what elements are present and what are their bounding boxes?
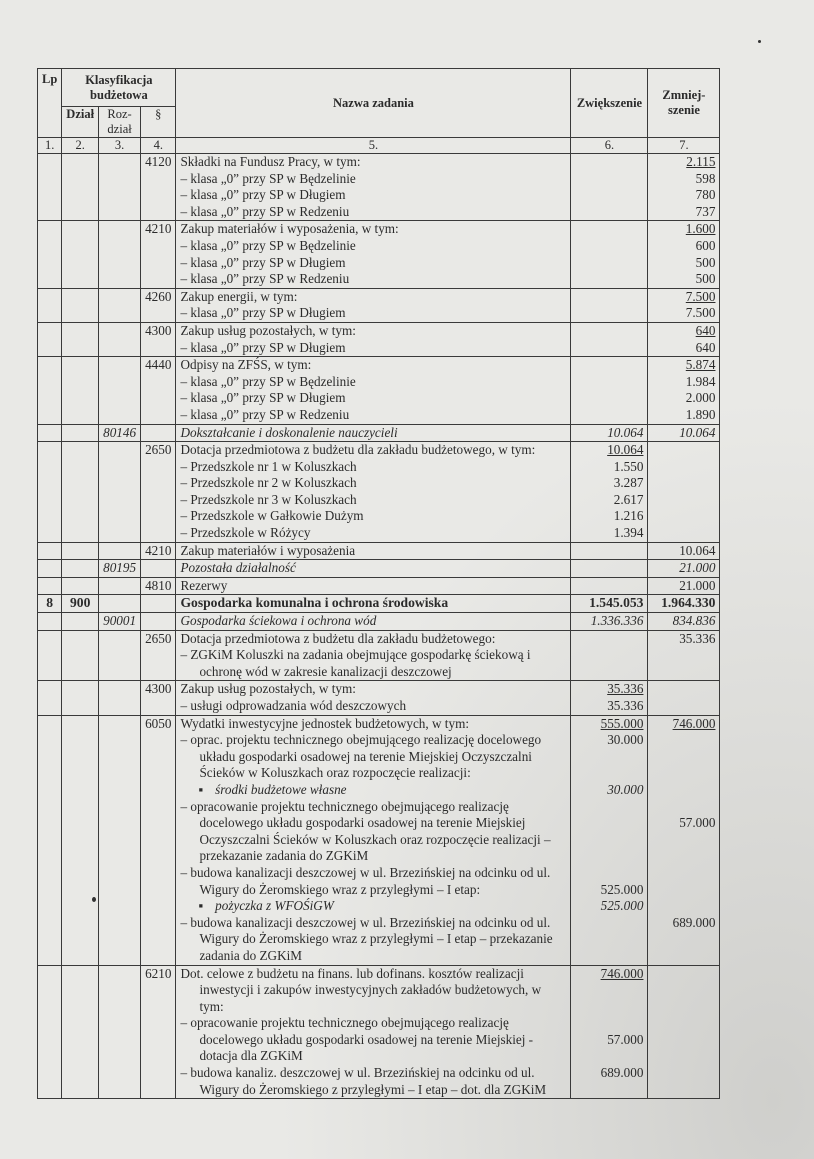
task-line: Dotacja przedmiotowa z budżetu dla zakła… <box>180 631 566 648</box>
table-row: 8900Gospodarka komunalna i ochrona środo… <box>38 595 720 613</box>
col-number: 6. <box>571 138 648 154</box>
header-classification: Klasyfikacja budżetowa <box>62 69 176 107</box>
amount-value: 1.550 <box>575 459 643 476</box>
cell-dzial <box>62 357 99 424</box>
cell-decrease <box>648 681 720 715</box>
col-number: 4. <box>141 138 176 154</box>
cell-task-name: Gospodarka komunalna i ochrona środowisk… <box>176 595 571 613</box>
task-line: – klasa „0” przy SP w Będzelinie <box>180 238 566 255</box>
cell-dzial <box>62 288 99 322</box>
cell-lp <box>38 681 62 715</box>
cell-paragraf <box>141 560 176 578</box>
cell-decrease: 35.336 <box>648 630 720 681</box>
task-line: Gospodarka komunalna i ochrona środowisk… <box>180 595 566 612</box>
task-line: – klasa „0” przy SP w Redzeniu <box>180 407 566 424</box>
cell-rozdzial: 80195 <box>99 560 141 578</box>
amount-spacer <box>575 749 643 766</box>
cell-dzial <box>62 221 99 288</box>
task-line: – usługi odprowadzania wód deszczowych <box>180 698 566 715</box>
amount-value: 1.984 <box>652 374 715 391</box>
task-line: Zakup energii, w tym: <box>180 289 566 306</box>
cell-increase: 1.336.336 <box>571 613 648 631</box>
amount-value: 30.000 <box>575 732 643 749</box>
amount-value: 2.115 <box>652 154 715 171</box>
cell-rozdzial <box>99 322 141 356</box>
amount-spacer <box>575 865 643 882</box>
cell-rozdzial <box>99 288 141 322</box>
task-line: Odpisy na ZFŚS, w tym: <box>180 357 566 374</box>
task-line: – Przedszkole nr 1 w Koluszkach <box>180 459 566 476</box>
cell-task-name: Zakup materiałów i wyposażenia <box>176 542 571 560</box>
cell-lp <box>38 442 62 543</box>
amount-value: 500 <box>652 271 715 288</box>
task-line: – oprac. projektu technicznego obejmując… <box>180 732 566 782</box>
cell-dzial <box>62 965 99 1099</box>
table-row: 4300Zakup usług pozostałych, w tym:– kla… <box>38 322 720 356</box>
table-row: 6210Dot. celowe z budżetu na finans. lub… <box>38 965 720 1099</box>
amount-spacer <box>575 832 643 849</box>
amount-spacer <box>652 732 715 749</box>
amount-value: 10.064 <box>652 425 715 442</box>
cell-paragraf: 4210 <box>141 542 176 560</box>
amount-spacer <box>575 1015 643 1032</box>
col-number: 1. <box>38 138 62 154</box>
cell-task-name: Dot. celowe z budżetu na finans. lub dof… <box>176 965 571 1099</box>
cell-lp <box>38 965 62 1099</box>
header-dzial: Dział <box>62 107 99 138</box>
task-line: Zakup usług pozostałych, w tym: <box>180 681 566 698</box>
table-row: 90001Gospodarka ściekowa i ochrona wód1.… <box>38 613 720 631</box>
cell-lp <box>38 613 62 631</box>
cell-decrease: 5.8741.9842.0001.890 <box>648 357 720 424</box>
cell-task-name: Zakup usług pozostałych, w tym:– usługi … <box>176 681 571 715</box>
amount-value: 525.000 <box>575 898 643 915</box>
task-line: – klasa „0” przy SP w Redzeniu <box>180 271 566 288</box>
task-line: – klasa „0” przy SP w Redzeniu <box>180 204 566 221</box>
amount-spacer <box>652 832 715 849</box>
cell-lp <box>38 357 62 424</box>
amount-value: 500 <box>652 255 715 272</box>
table-row: 6050Wydatki inwestycyjne jednostek budże… <box>38 715 720 965</box>
task-line: Rezerwy <box>180 578 566 595</box>
cell-paragraf: 4440 <box>141 357 176 424</box>
header-decrease: Zmniej-szenie <box>648 69 720 138</box>
cell-decrease: 640640 <box>648 322 720 356</box>
cell-lp <box>38 715 62 965</box>
task-line: Wydatki inwestycyjne jednostek budżetowy… <box>180 716 566 733</box>
task-line: – klasa „0” przy SP w Będzelinie <box>180 171 566 188</box>
table-row: 4810Rezerwy21.000 <box>38 577 720 595</box>
amount-spacer <box>575 799 643 816</box>
amount-value: 737 <box>652 204 715 221</box>
cell-rozdzial <box>99 442 141 543</box>
amount-spacer <box>575 982 643 999</box>
cell-increase <box>571 221 648 288</box>
cell-task-name: Dotacja przedmiotowa z budżetu dla zakła… <box>176 442 571 543</box>
amount-value: 1.964.330 <box>652 595 715 612</box>
cell-task-name: Zakup energii, w tym:– klasa „0” przy SP… <box>176 288 571 322</box>
cell-paragraf: 6050 <box>141 715 176 965</box>
column-number-row: 1. 2. 3. 4. 5. 6. 7. <box>38 138 720 154</box>
amount-spacer <box>575 999 643 1016</box>
cell-dzial <box>62 715 99 965</box>
amount-spacer <box>652 865 715 882</box>
task-line: – ZGKiM Koluszki na zadania obejmujące g… <box>180 647 566 680</box>
cell-rozdzial <box>99 221 141 288</box>
task-line: Dot. celowe z budżetu na finans. lub dof… <box>180 966 566 1016</box>
cell-paragraf: 4260 <box>141 288 176 322</box>
cell-increase <box>571 577 648 595</box>
amount-spacer <box>652 765 715 782</box>
cell-increase: 1.545.053 <box>571 595 648 613</box>
amount-value: 1.600 <box>652 221 715 238</box>
task-line: Zakup materiałów i wyposażenia, w tym: <box>180 221 566 238</box>
cell-paragraf <box>141 613 176 631</box>
task-line: – klasa „0” przy SP w Będzelinie <box>180 374 566 391</box>
amount-value: 746.000 <box>575 966 643 983</box>
cell-rozdzial <box>99 577 141 595</box>
cell-lp <box>38 424 62 442</box>
amount-value: 1.336.336 <box>575 613 643 630</box>
cell-increase: 746.00057.000689.000 <box>571 965 648 1099</box>
amount-value: 525.000 <box>575 882 643 899</box>
cell-paragraf: 4120 <box>141 154 176 221</box>
amount-spacer <box>652 799 715 816</box>
cell-increase <box>571 560 648 578</box>
cell-paragraf: 2650 <box>141 442 176 543</box>
cell-rozdzial: 80146 <box>99 424 141 442</box>
table-row: 2650Dotacja przedmiotowa z budżetu dla z… <box>38 442 720 543</box>
cell-task-name: Składki na Fundusz Pracy, w tym:– klasa … <box>176 154 571 221</box>
cell-decrease: 7.5007.500 <box>648 288 720 322</box>
cell-dzial <box>62 560 99 578</box>
task-line: – budowa kanalizacji deszczowej w ul. Br… <box>180 865 566 898</box>
amount-value: 640 <box>652 323 715 340</box>
amount-value: 5.874 <box>652 357 715 374</box>
header-lp: Lp <box>38 69 62 138</box>
cell-paragraf <box>141 424 176 442</box>
table-row: 4440Odpisy na ZFŚS, w tym:– klasa „0” pr… <box>38 357 720 424</box>
col-number: 2. <box>62 138 99 154</box>
cell-decrease: 1.600600500500 <box>648 221 720 288</box>
amount-value: 10.064 <box>652 543 715 560</box>
table-row: 4210Zakup materiałów i wyposażenia10.064 <box>38 542 720 560</box>
cell-increase <box>571 357 648 424</box>
cell-task-name: Rezerwy <box>176 577 571 595</box>
cell-paragraf: 2650 <box>141 630 176 681</box>
cell-dzial <box>62 442 99 543</box>
amount-value: 598 <box>652 171 715 188</box>
amount-value: 1.545.053 <box>575 595 643 612</box>
task-line: – Przedszkole nr 3 w Koluszkach <box>180 492 566 509</box>
amount-spacer <box>652 898 715 915</box>
cell-lp <box>38 577 62 595</box>
header-paragraf: § <box>141 107 176 138</box>
amount-spacer <box>575 815 643 832</box>
amount-spacer <box>575 765 643 782</box>
budget-table: Lp Klasyfikacja budżetowa Nazwa zadania … <box>37 68 720 1099</box>
cell-paragraf: 4300 <box>141 681 176 715</box>
cell-lp <box>38 630 62 681</box>
amount-value: 689.000 <box>652 915 715 932</box>
amount-value: 7.500 <box>652 305 715 322</box>
cell-dzial <box>62 681 99 715</box>
amount-value: 689.000 <box>575 1065 643 1082</box>
amount-spacer <box>652 882 715 899</box>
cell-rozdzial <box>99 595 141 613</box>
task-line: – klasa „0” przy SP w Długiem <box>180 340 566 357</box>
cell-decrease: 21.000 <box>648 577 720 595</box>
col-number: 3. <box>99 138 141 154</box>
amount-value: 746.000 <box>652 716 715 733</box>
cell-dzial <box>62 424 99 442</box>
cell-lp <box>38 542 62 560</box>
amount-spacer <box>652 782 715 799</box>
amount-value: 30.000 <box>575 782 643 799</box>
task-line: – Przedszkole w Gałkowie Dużym <box>180 508 566 525</box>
cell-decrease: 746.00057.000689.000 <box>648 715 720 965</box>
header-increase: Zwiększenie <box>571 69 648 138</box>
task-line: – budowa kanalizacji deszczowej w ul. Br… <box>180 915 566 965</box>
col-number: 7. <box>648 138 720 154</box>
task-line: – klasa „0” przy SP w Długiem <box>180 390 566 407</box>
amount-spacer <box>652 848 715 865</box>
cell-lp <box>38 221 62 288</box>
cell-lp <box>38 322 62 356</box>
cell-task-name: Gospodarka ściekowa i ochrona wód <box>176 613 571 631</box>
cell-task-name: Odpisy na ZFŚS, w tym:– klasa „0” przy S… <box>176 357 571 424</box>
amount-value: 3.287 <box>575 475 643 492</box>
cell-increase: 10.064 <box>571 424 648 442</box>
cell-task-name: Wydatki inwestycyjne jednostek budżetowy… <box>176 715 571 965</box>
amount-value: 57.000 <box>652 815 715 832</box>
amount-value: 10.064 <box>575 425 643 442</box>
task-line: Gospodarka ściekowa i ochrona wód <box>180 613 566 630</box>
table-row: 4260Zakup energii, w tym:– klasa „0” prz… <box>38 288 720 322</box>
task-line: – Przedszkole w Różycy <box>180 525 566 542</box>
table-row: 80146Dokształcanie i doskonalenie nauczy… <box>38 424 720 442</box>
list-bullet-item: pożyczka z WFOŚiGW <box>180 898 566 915</box>
cell-task-name: Zakup materiałów i wyposażenia, w tym:– … <box>176 221 571 288</box>
cell-lp: 8 <box>38 595 62 613</box>
table-row: 4210Zakup materiałów i wyposażenia, w ty… <box>38 221 720 288</box>
task-line: Pozostała działalność <box>180 560 566 577</box>
amount-value: 21.000 <box>652 560 715 577</box>
task-line: Dokształcanie i doskonalenie nauczycieli <box>180 425 566 442</box>
cell-rozdzial <box>99 681 141 715</box>
cell-increase <box>571 542 648 560</box>
cell-decrease: 21.000 <box>648 560 720 578</box>
task-line: – klasa „0” przy SP w Długiem <box>180 255 566 272</box>
cell-dzial <box>62 630 99 681</box>
table-header: Lp Klasyfikacja budżetowa Nazwa zadania … <box>38 69 720 154</box>
amount-spacer <box>575 848 643 865</box>
cell-decrease: 10.064 <box>648 542 720 560</box>
cell-decrease: 2.115598780737 <box>648 154 720 221</box>
task-line: Zakup usług pozostałych, w tym: <box>180 323 566 340</box>
task-line: – opracowanie projektu technicznego obej… <box>180 1015 566 1065</box>
amount-value: 1.890 <box>652 407 715 424</box>
table-body: 4120Składki na Fundusz Pracy, w tym:– kl… <box>38 154 720 1099</box>
col-number: 5. <box>176 138 571 154</box>
task-line: – klasa „0” przy SP w Długiem <box>180 305 566 322</box>
cell-task-name: Pozostała działalność <box>176 560 571 578</box>
task-line: Zakup materiałów i wyposażenia <box>180 543 566 560</box>
task-line: Składki na Fundusz Pracy, w tym: <box>180 154 566 171</box>
amount-spacer <box>652 749 715 766</box>
amount-spacer <box>575 1048 643 1065</box>
cell-task-name: Dotacja przedmiotowa z budżetu dla zakła… <box>176 630 571 681</box>
cell-increase <box>571 288 648 322</box>
task-line: Dotacja przedmiotowa z budżetu dla zakła… <box>180 442 566 459</box>
cell-rozdzial: 90001 <box>99 613 141 631</box>
cell-decrease <box>648 965 720 1099</box>
cell-increase <box>571 154 648 221</box>
cell-decrease: 10.064 <box>648 424 720 442</box>
cell-lp <box>38 560 62 578</box>
scan-speck <box>758 40 761 43</box>
task-line: – Przedszkole nr 2 w Koluszkach <box>180 475 566 492</box>
amount-value: 780 <box>652 187 715 204</box>
table-row: 2650Dotacja przedmiotowa z budżetu dla z… <box>38 630 720 681</box>
cell-increase: 10.0641.5503.2872.6171.2161.394 <box>571 442 648 543</box>
cell-paragraf: 6210 <box>141 965 176 1099</box>
cell-rozdzial <box>99 965 141 1099</box>
amount-value: 21.000 <box>652 578 715 595</box>
amount-value: 834.836 <box>652 613 715 630</box>
cell-decrease: 834.836 <box>648 613 720 631</box>
amount-value: 10.064 <box>575 442 643 459</box>
amount-value: 640 <box>652 340 715 357</box>
cell-dzial: 900 <box>62 595 99 613</box>
cell-paragraf: 4300 <box>141 322 176 356</box>
cell-rozdzial <box>99 154 141 221</box>
task-line: – budowa kanaliz. deszczowej w ul. Brzez… <box>180 1065 566 1098</box>
cell-dzial <box>62 577 99 595</box>
task-line: – opracowanie projektu technicznego obej… <box>180 799 566 865</box>
table-row: 4300Zakup usług pozostałych, w tym:– usł… <box>38 681 720 715</box>
cell-dzial <box>62 322 99 356</box>
cell-increase <box>571 630 648 681</box>
cell-task-name: Dokształcanie i doskonalenie nauczycieli <box>176 424 571 442</box>
amount-value: 35.336 <box>652 631 715 648</box>
cell-rozdzial <box>99 715 141 965</box>
table-row: 4120Składki na Fundusz Pracy, w tym:– kl… <box>38 154 720 221</box>
cell-rozdzial <box>99 357 141 424</box>
amount-value: 1.394 <box>575 525 643 542</box>
cell-rozdzial <box>99 630 141 681</box>
cell-decrease <box>648 442 720 543</box>
cell-paragraf <box>141 595 176 613</box>
cell-dzial <box>62 542 99 560</box>
amount-value: 7.500 <box>652 289 715 306</box>
header-rozdzial: Roz-dział <box>99 107 141 138</box>
cell-paragraf: 4810 <box>141 577 176 595</box>
cell-task-name: Zakup usług pozostałych, w tym:– klasa „… <box>176 322 571 356</box>
header-task-name: Nazwa zadania <box>176 69 571 138</box>
cell-rozdzial <box>99 542 141 560</box>
amount-value: 35.336 <box>575 681 643 698</box>
cell-lp <box>38 154 62 221</box>
amount-value: 35.336 <box>575 698 643 715</box>
cell-dzial <box>62 613 99 631</box>
cell-decrease: 1.964.330 <box>648 595 720 613</box>
amount-value: 2.617 <box>575 492 643 509</box>
task-line: – klasa „0” przy SP w Długiem <box>180 187 566 204</box>
table-row: 80195Pozostała działalność21.000 <box>38 560 720 578</box>
cell-increase: 555.00030.00030.000525.000525.000 <box>571 715 648 965</box>
amount-value: 1.216 <box>575 508 643 525</box>
cell-dzial <box>62 154 99 221</box>
cell-increase <box>571 322 648 356</box>
cell-increase: 35.33635.336 <box>571 681 648 715</box>
amount-value: 57.000 <box>575 1032 643 1049</box>
amount-value: 555.000 <box>575 716 643 733</box>
cell-paragraf: 4210 <box>141 221 176 288</box>
cell-lp <box>38 288 62 322</box>
amount-value: 2.000 <box>652 390 715 407</box>
amount-value: 600 <box>652 238 715 255</box>
list-bullet-item: środki budżetowe własne <box>180 782 566 799</box>
